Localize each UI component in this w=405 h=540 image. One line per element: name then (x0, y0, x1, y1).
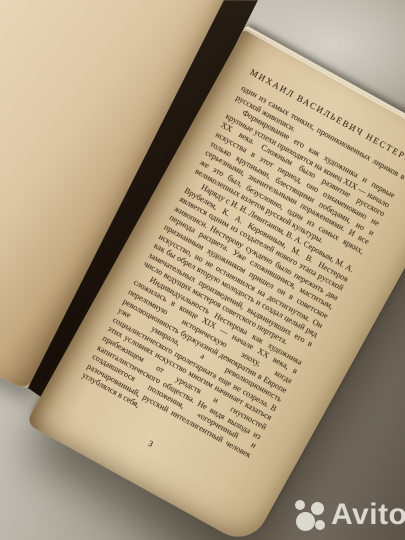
avito-watermark: Avito (292, 496, 405, 532)
avito-logo-icon (292, 498, 326, 532)
avito-wordmark: Avito (331, 500, 405, 530)
logo-dot (296, 512, 315, 531)
logo-dot (315, 520, 325, 530)
logo-dot (295, 500, 305, 510)
book-photo-scene: МИХАИЛ ВАСИЛЬЕВИЧ НЕСТЕРОВ — один из сам… (0, 0, 405, 540)
logo-dot (311, 502, 324, 515)
